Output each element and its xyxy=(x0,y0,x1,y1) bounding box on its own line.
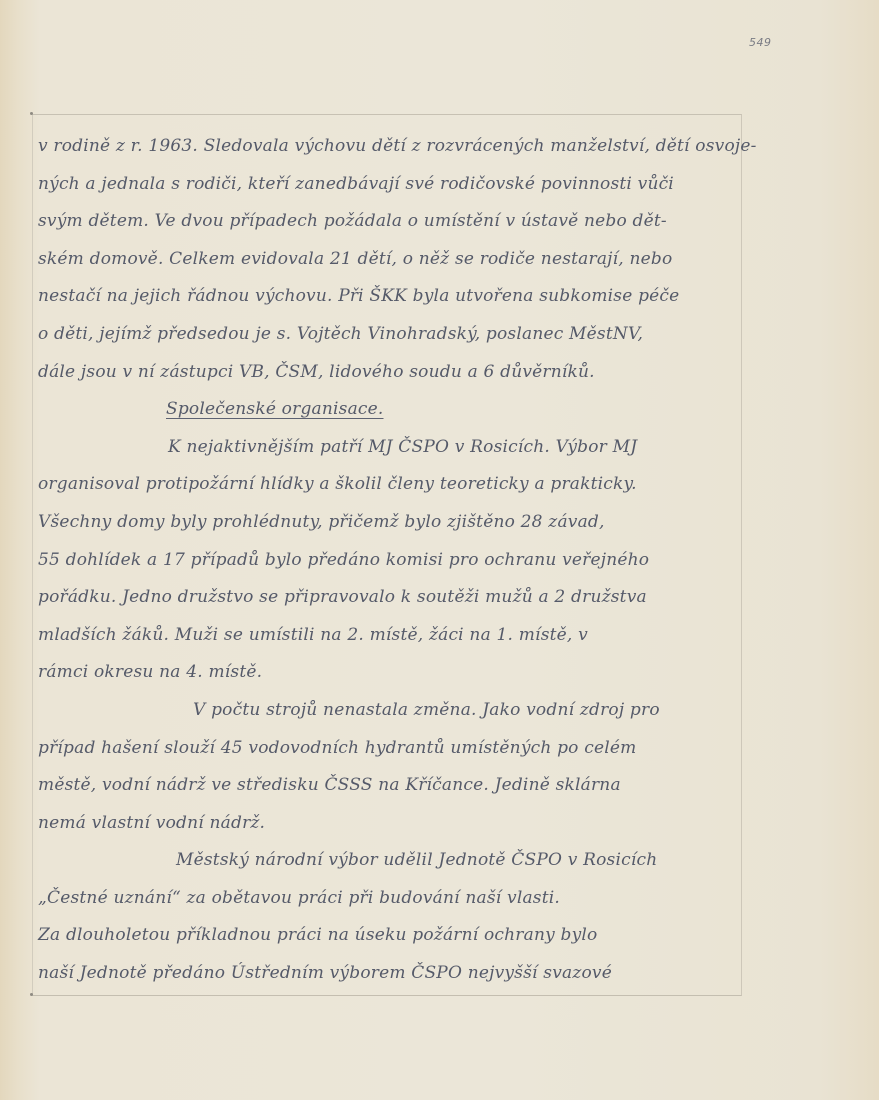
text-line: K nejaktivnějším patří MJ ČSPO v Rosicíc… xyxy=(38,429,748,467)
manuscript-page: 549 v rodině z r. 1963. Sledovala výchov… xyxy=(0,0,879,1100)
text-line: dále jsou v ní zástupci VB, ČSM, lidovéh… xyxy=(38,354,748,392)
text-line: pořádku. Jedno družstvo se připravovalo … xyxy=(38,579,748,617)
text-line: ných a jednala s rodiči, kteří zanedbáva… xyxy=(38,166,748,204)
text-line: o děti, jejímž předsedou je s. Vojtěch V… xyxy=(38,316,748,354)
text-line: V počtu strojů nenastala změna. Jako vod… xyxy=(38,692,748,730)
handwritten-text-block: v rodině z r. 1963. Sledovala výchovu dě… xyxy=(38,128,748,993)
text-line: nemá vlastní vodní nádrž. xyxy=(38,805,748,843)
text-line: městě, vodní nádrž ve středisku ČSSS na … xyxy=(38,767,748,805)
text-line: případ hašení slouží 45 vodovodních hydr… xyxy=(38,730,748,768)
page-number: 549 xyxy=(749,36,772,49)
text-line: Všechny domy byly prohlédnuty, přičemž b… xyxy=(38,504,748,542)
text-line: 55 dohlídek a 17 případů bylo předáno ko… xyxy=(38,542,748,580)
section-heading-text: Společenské organisace. xyxy=(166,399,384,419)
text-line: ském domově. Celkem evidovala 21 dětí, o… xyxy=(38,241,748,279)
text-line: „Čestné uznání“ za obětavou práci při bu… xyxy=(38,880,748,918)
text-line: svým dětem. Ve dvou případech požádala o… xyxy=(38,203,748,241)
text-line: rámci okresu na 4. místě. xyxy=(38,654,748,692)
text-line: naší Jednotě předáno Ústředním výborem Č… xyxy=(38,955,748,993)
section-heading: Společenské organisace. xyxy=(38,391,748,429)
text-line: mladších žáků. Muži se umístili na 2. mí… xyxy=(38,617,748,655)
frame-corner-mark xyxy=(30,993,33,996)
text-line: nestačí na jejich řádnou výchovu. Při ŠK… xyxy=(38,278,748,316)
text-line: Městský národní výbor udělil Jednotě ČSP… xyxy=(38,842,748,880)
text-line: Za dlouholetou příkladnou práci na úseku… xyxy=(38,917,748,955)
frame-corner-mark xyxy=(30,112,33,115)
text-line: v rodině z r. 1963. Sledovala výchovu dě… xyxy=(38,128,748,166)
text-line: organisoval protipožární hlídky a školil… xyxy=(38,466,748,504)
